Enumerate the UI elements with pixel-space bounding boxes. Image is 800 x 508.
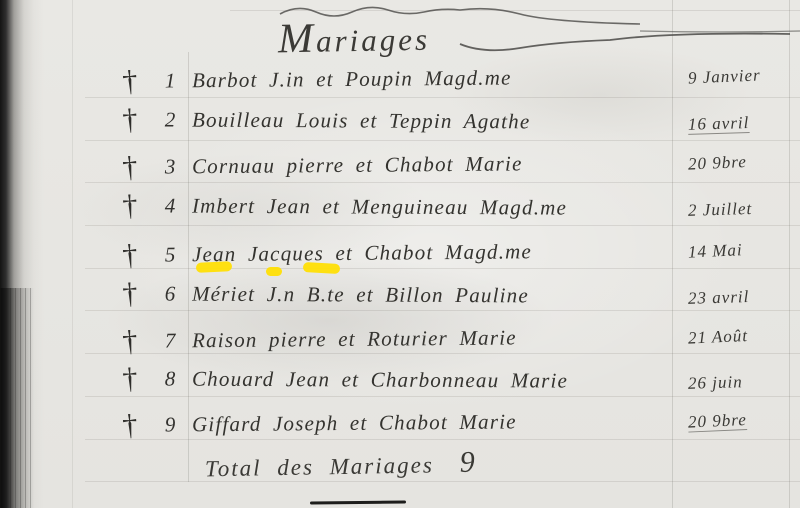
- entry-number: 5: [148, 242, 192, 267]
- register-entry: † 6 Mériet J.n B.te et Billon Pauline 23…: [112, 272, 798, 319]
- entry-number: 4: [148, 193, 192, 218]
- page-title: Mariages: [278, 13, 431, 64]
- entry-names: Giffard Joseph et Chabot Marie: [192, 408, 670, 437]
- entry-number: 8: [148, 366, 192, 391]
- cross-icon: †: [111, 190, 149, 222]
- register-entry: † 3 Cornuau pierre et Chabot Marie 20 9b…: [112, 140, 798, 189]
- register-entry: † 7 Raison pierre et Roturier Marie 21 A…: [112, 314, 798, 363]
- cross-icon: †: [111, 239, 149, 272]
- entry-date: 16 avril: [670, 111, 799, 135]
- register-entry: † 4 Imbert Jean et Menguineau Magd.me 2 …: [112, 184, 798, 231]
- entry-date: 2 Juillet: [670, 197, 799, 221]
- cross-icon: †: [111, 278, 149, 310]
- cross-icon: †: [111, 104, 149, 136]
- cross-icon: †: [111, 363, 149, 395]
- register-entry: † 9 Giffard Joseph et Chabot Marie 20 9b…: [112, 398, 798, 447]
- entry-number: 1: [148, 68, 192, 93]
- cross-icon: †: [111, 151, 149, 184]
- entry-names: Raison pierre et Roturier Marie: [192, 324, 670, 353]
- cross-icon: †: [111, 325, 149, 358]
- entry-number: 3: [148, 154, 192, 179]
- cross-icon: †: [111, 65, 149, 98]
- total-underline: [310, 500, 406, 504]
- entry-date: 14 Mai: [670, 237, 799, 263]
- cross-icon: †: [111, 409, 149, 442]
- entry-names: Cornuau pierre et Chabot Marie: [192, 150, 670, 179]
- entry-date: 23 avril: [670, 285, 799, 309]
- entry-number: 7: [148, 328, 192, 353]
- total-line: Total des Mariages9: [205, 446, 477, 485]
- entry-date: 9 Janvier: [670, 63, 799, 89]
- total-value: 9: [433, 446, 477, 480]
- entry-number: 6: [148, 281, 192, 306]
- entry-number: 2: [148, 107, 192, 132]
- register-entry: † 1 Barbot J.in et Poupin Magd.me 9 Janv…: [112, 54, 798, 103]
- entry-date: 20 9bre: [670, 149, 799, 175]
- total-label: Total des Mariages: [205, 452, 434, 481]
- entry-number: 9: [148, 412, 192, 437]
- register-entry: † 2 Bouilleau Louis et Teppin Agathe 16 …: [112, 98, 798, 145]
- entry-names: Imbert Jean et Menguineau Magd.me: [192, 194, 670, 222]
- entry-names: Mériet J.n B.te et Billon Pauline: [192, 282, 670, 310]
- register-entry: † 8 Chouard Jean et Charbonneau Marie 26…: [112, 357, 798, 404]
- entry-names: Barbot J.in et Poupin Magd.me: [192, 64, 670, 93]
- register-entry-highlighted: † 5 Jean Jacques et Chabot Magd.me 14 Ma…: [112, 228, 798, 277]
- handwritten-ink-layer: Mariages † 1 Barbot J.in et Poupin Magd.…: [0, 0, 800, 508]
- entry-date: 20 9bre: [670, 407, 799, 433]
- scanned-register-page: Mariages † 1 Barbot J.in et Poupin Magd.…: [0, 0, 800, 508]
- entry-names: Chouard Jean et Charbonneau Marie: [192, 367, 670, 395]
- entry-date: 26 juin: [670, 370, 799, 394]
- entry-names: Jean Jacques et Chabot Magd.me: [192, 238, 670, 267]
- entry-names: Bouilleau Louis et Teppin Agathe: [192, 108, 670, 136]
- entry-date: 21 Août: [670, 323, 799, 349]
